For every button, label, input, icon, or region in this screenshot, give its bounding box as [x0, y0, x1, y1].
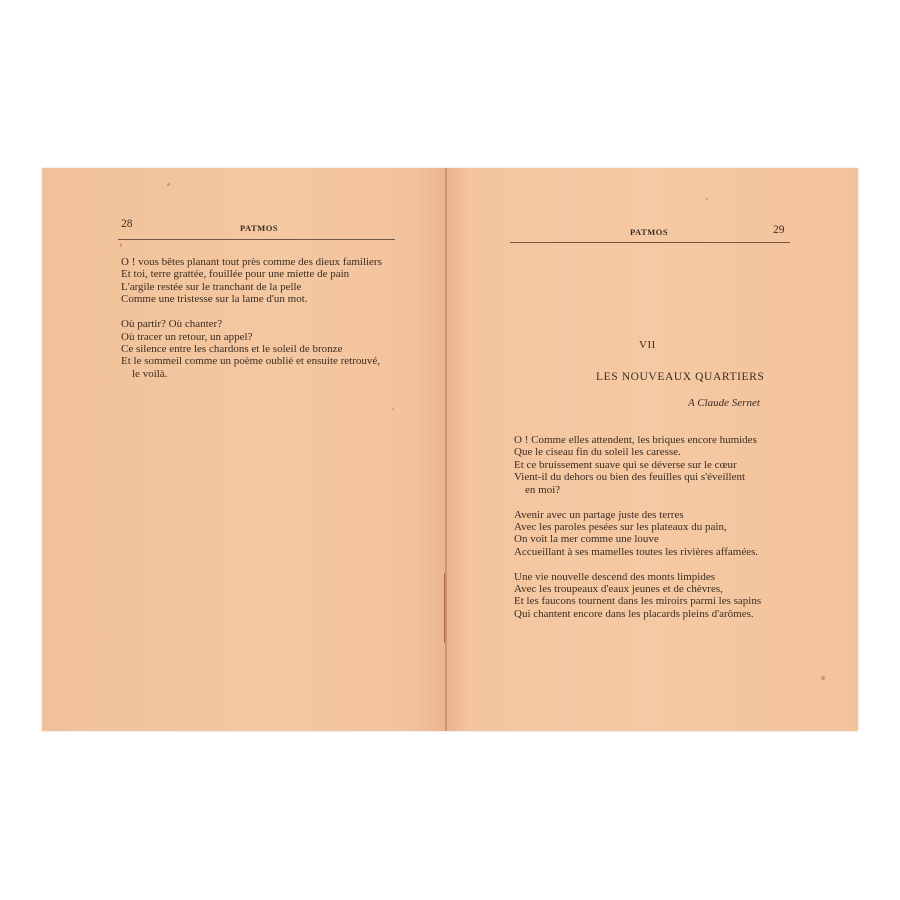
verse-line: On voit la mer comme une louve [514, 533, 761, 545]
verse-line: Accueillant à ses mamelles toutes les ri… [514, 546, 761, 558]
paper-speck [821, 676, 825, 680]
verse-line: Comme une tristesse sur la lame d'un mot… [121, 293, 382, 305]
stanza: Où partir? Où chanter?Où tracer un retou… [121, 318, 382, 380]
right-page: PATMOS 29 VII LES NOUVEAUX QUARTIERS A C… [446, 168, 858, 731]
book-spine [445, 168, 447, 731]
verse-line: Et toi, terre grattée, fouillée pour une… [121, 268, 382, 280]
verse-line: Avec les troupeaux d'eaux jeunes et de c… [514, 583, 761, 595]
section-number: VII [639, 339, 656, 351]
stanza: O ! Comme elles attendent, les briques e… [514, 434, 761, 496]
open-book: 28 PATMOS O ! vous bêtes planant tout pr… [42, 168, 858, 731]
right-running-title: PATMOS [630, 227, 668, 237]
poem-dedication: A Claude Sernet [688, 397, 760, 409]
verse-line: Qui chantent encore dans les placards pl… [514, 608, 761, 620]
verse-line: Et le sommeil comme un poème oublié et e… [121, 355, 382, 367]
left-header-rule [118, 239, 395, 240]
stanza: O ! vous bêtes planant tout près comme d… [121, 256, 382, 306]
verse-line: Et ce bruissement suave qui se déverse s… [514, 459, 761, 471]
right-page-poem: O ! Comme elles attendent, les briques e… [514, 434, 761, 633]
left-page-poem: O ! vous bêtes planant tout près comme d… [121, 256, 382, 393]
right-header-rule [510, 242, 790, 243]
verse-line: Et les faucons tournent dans les miroirs… [514, 595, 761, 607]
paper-speck [167, 183, 170, 186]
stanza: Une vie nouvelle descend des monts limpi… [514, 571, 761, 621]
verse-line: le voilà. [121, 368, 382, 380]
verse-line: L'argile restée sur le tranchant de la p… [121, 281, 382, 293]
verse-line: Où tracer un retour, un appel? [121, 331, 382, 343]
verse-line: Avec les paroles pesées sur les plateaux… [514, 521, 761, 533]
left-page-number: 28 [121, 218, 133, 230]
stanza: Avenir avec un partage juste des terresA… [514, 509, 761, 559]
verse-line: Avenir avec un partage juste des terres [514, 509, 761, 521]
paper-speck [120, 243, 122, 247]
poem-title: LES NOUVEAUX QUARTIERS [596, 371, 764, 383]
verse-line: O ! Comme elles attendent, les briques e… [514, 434, 761, 446]
verse-line: Où partir? Où chanter? [121, 318, 382, 330]
verse-line: Que le ciseau fin du soleil les caresse. [514, 446, 761, 458]
paper-speck [392, 408, 394, 410]
verse-line: Vient-il du dehors ou bien des feuilles … [514, 471, 761, 483]
verse-line: Ce silence entre les chardons et le sole… [121, 343, 382, 355]
verse-line: O ! vous bêtes planant tout près comme d… [121, 256, 382, 268]
paper-speck [706, 198, 708, 200]
left-running-title: PATMOS [240, 223, 278, 233]
left-page: 28 PATMOS O ! vous bêtes planant tout pr… [42, 168, 446, 731]
binding-thread [444, 573, 447, 643]
right-page-number: 29 [773, 224, 785, 236]
verse-line: Une vie nouvelle descend des monts limpi… [514, 571, 761, 583]
verse-line: en moi? [514, 484, 761, 496]
